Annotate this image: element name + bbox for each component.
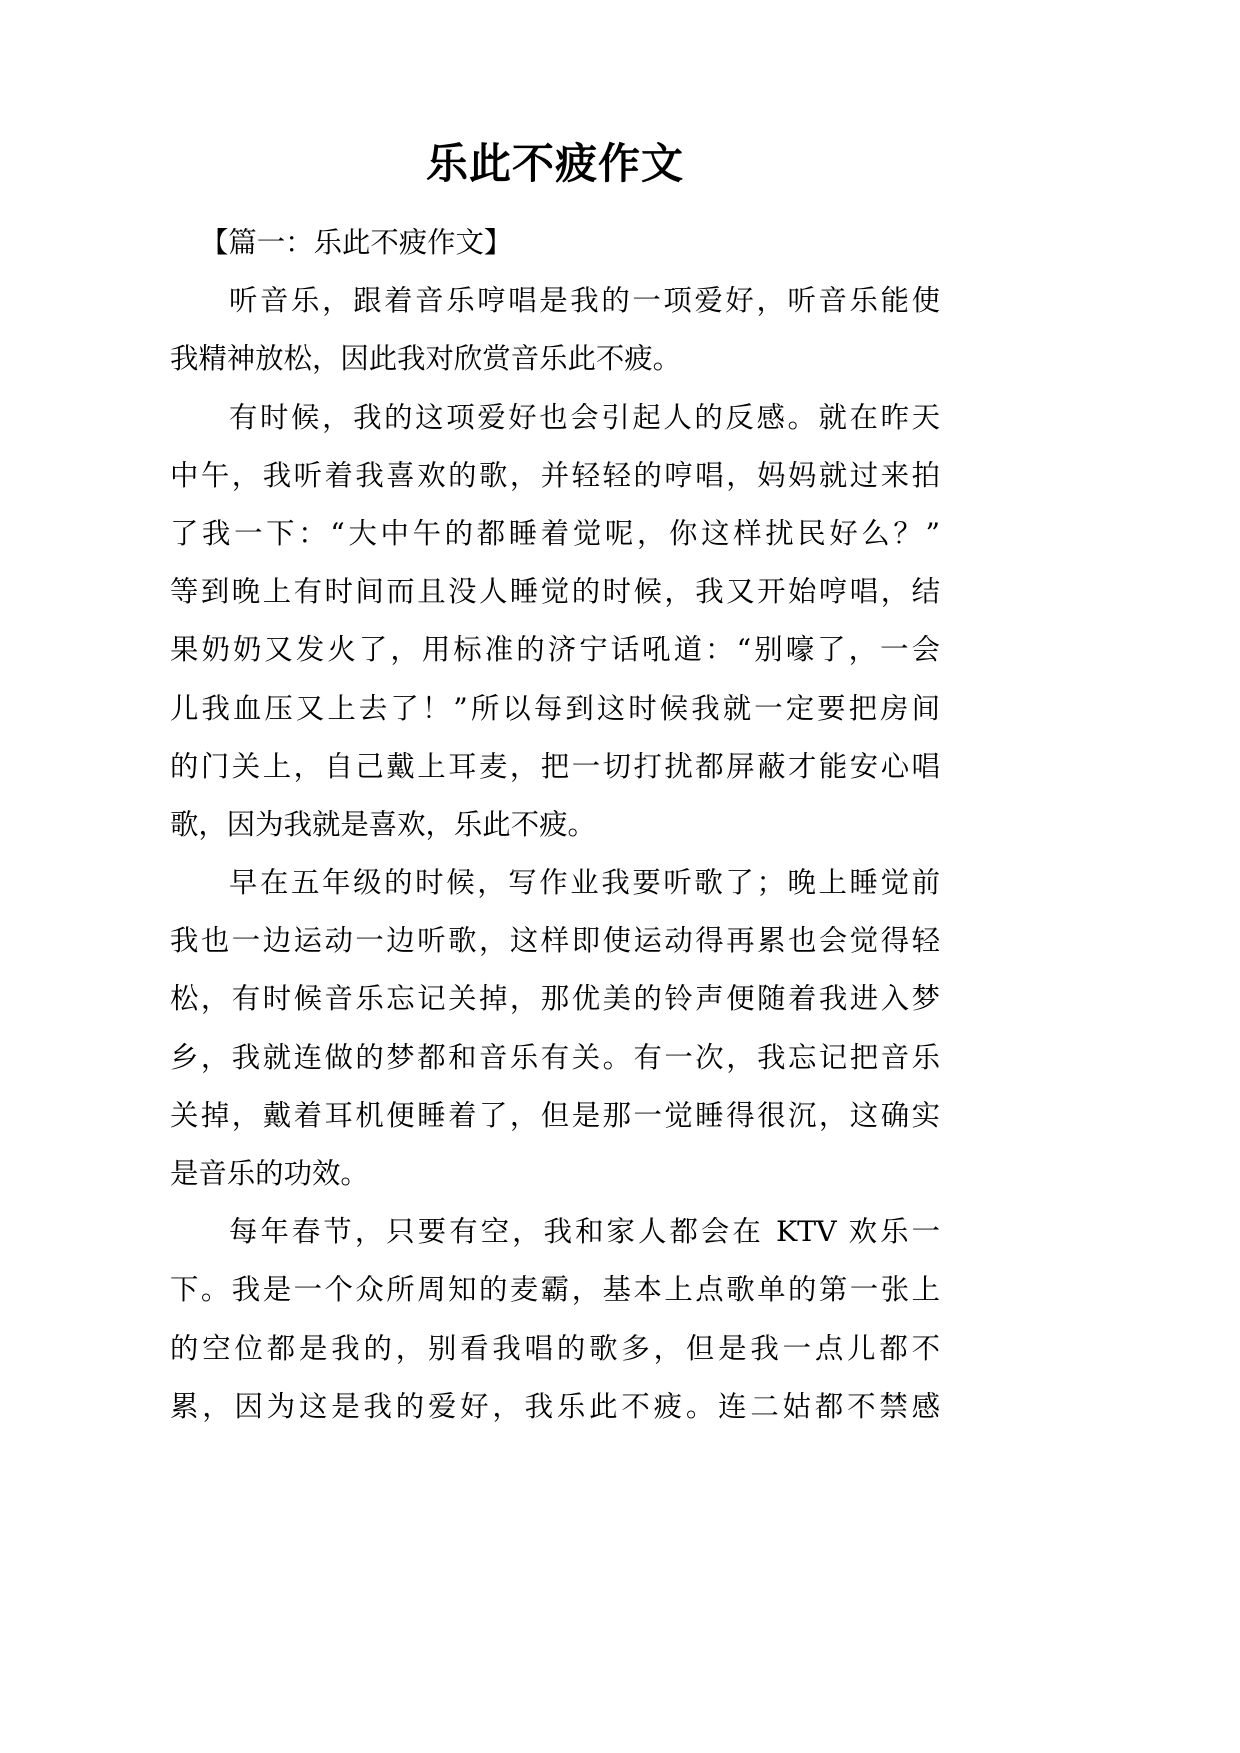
paragraph-3: 早在五年级的时候，写作业我要听歌了；晚上睡觉前 我也一边运动一边听歌，这样即使运…	[170, 854, 970, 1203]
paragraph-line: 早在五年级的时候，写作业我要听歌了；晚上睡觉前	[170, 854, 940, 912]
paragraph-line: 是音乐的功效。	[170, 1145, 940, 1203]
section-heading: 【篇一：乐此不疲作文】	[170, 214, 970, 272]
document-page: 乐此不疲作文 【篇一：乐此不疲作文】 听音乐，跟着音乐哼唱是我的一项爱好，听音乐…	[0, 0, 1240, 1753]
paragraph-line: 我精神放松，因此我对欣赏音乐此不疲。	[170, 330, 940, 388]
paragraph-2: 有时候，我的这项爱好也会引起人的反感。就在昨天 中午，我听着我喜欢的歌，并轻轻的…	[170, 389, 970, 855]
paragraph-line: 了我一下：“大中午的都睡着觉呢，你这样扰民好么？”	[170, 505, 940, 563]
paragraph-4: 每年春节，只要有空，我和家人都会在 KTV 欢乐一 下。我是一个众所周知的麦霸，…	[170, 1203, 970, 1436]
paragraph-line: 有时候，我的这项爱好也会引起人的反感。就在昨天	[170, 389, 940, 447]
paragraph-line: 累，因为这是我的爱好，我乐此不疲。连二姑都不禁感	[170, 1378, 940, 1436]
paragraph-line: 的门关上，自己戴上耳麦，把一切打扰都屏蔽才能安心唱	[170, 738, 940, 796]
paragraph-line: 等到晚上有时间而且没人睡觉的时候，我又开始哼唱，结	[170, 563, 940, 621]
paragraph-line: 我也一边运动一边听歌，这样即使运动得再累也会觉得轻	[170, 912, 940, 970]
paragraph-line: 中午，我听着我喜欢的歌，并轻轻的哼唱，妈妈就过来拍	[170, 447, 940, 505]
paragraph-line: 松，有时候音乐忘记关掉，那优美的铃声便随着我进入梦	[170, 970, 940, 1028]
paragraph-line: 关掉，戴着耳机便睡着了，但是那一觉睡得很沉，这确实	[170, 1087, 940, 1145]
document-body: 【篇一：乐此不疲作文】 听音乐，跟着音乐哼唱是我的一项爱好，听音乐能使 我精神放…	[170, 214, 970, 1436]
paragraph-line: 下。我是一个众所周知的麦霸，基本上点歌单的第一张上	[170, 1261, 940, 1319]
paragraph-1: 听音乐，跟着音乐哼唱是我的一项爱好，听音乐能使 我精神放松，因此我对欣赏音乐此不…	[170, 272, 970, 388]
paragraph-line: 果奶奶又发火了，用标准的济宁话吼道：“别嚎了，一会	[170, 621, 940, 679]
paragraph-line: 每年春节，只要有空，我和家人都会在 KTV 欢乐一	[170, 1203, 940, 1261]
paragraph-line: 儿我血压又上去了！”所以每到这时候我就一定要把房间	[170, 680, 940, 738]
document-title: 乐此不疲作文	[0, 136, 1110, 192]
paragraph-line: 听音乐，跟着音乐哼唱是我的一项爱好，听音乐能使	[170, 272, 940, 330]
paragraph-line: 歌，因为我就是喜欢，乐此不疲。	[170, 796, 940, 854]
paragraph-line: 乡，我就连做的梦都和音乐有关。有一次，我忘记把音乐	[170, 1029, 940, 1087]
paragraph-line: 的空位都是我的，别看我唱的歌多，但是我一点儿都不	[170, 1320, 940, 1378]
